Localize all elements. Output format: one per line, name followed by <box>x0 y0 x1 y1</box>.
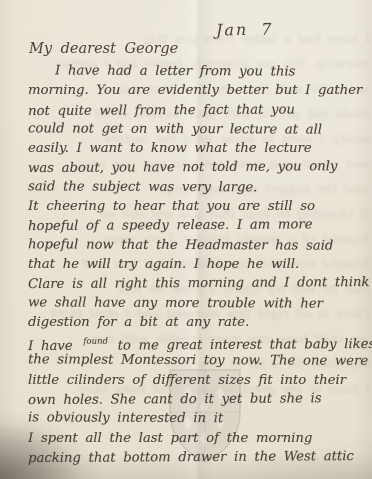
handwritten-line: I have had a letter from you this <box>28 61 364 82</box>
handwritten-line: morning. You are evidently better but I … <box>28 81 364 100</box>
handwritten-line: It cheering to hear that you are still s… <box>28 197 364 216</box>
handwritten-line: digestion for a bit at any rate. <box>28 313 364 332</box>
letter-page: I have had a letter from you thismorning… <box>0 0 372 479</box>
handwritten-line: I have found to me great interest that b… <box>28 331 364 352</box>
handwritten-line: said the subject was very large. <box>28 177 364 198</box>
handwritten-line: hopeful now that the Headmaster has said <box>28 235 364 256</box>
handwritten-line: easily. I want to know what the lecture <box>28 139 364 158</box>
inserted-word: found <box>83 337 108 347</box>
letter-date: Jan 7 <box>216 19 274 39</box>
handwritten-line: that he will try again. I hope he will. <box>28 255 364 274</box>
handwritten-line: was about, you have not told me, you onl… <box>28 157 364 178</box>
handwritten-line: the simplest Montessori toy now. The one… <box>28 351 364 372</box>
handwritten-line: hopeful of a speedy release. I am more <box>28 215 364 236</box>
handwritten-line: little cilinders of different sizes fit … <box>28 371 364 390</box>
handwritten-line: Clare is all right this morning and I do… <box>28 273 364 294</box>
bottom-edge-shadow <box>0 453 372 479</box>
letter-salutation: My dearest George <box>29 41 178 57</box>
handwritten-line: could not get on with your lecture at al… <box>28 119 364 140</box>
handwritten-line: we shall have any more trouble with her <box>28 293 364 314</box>
handwritten-line: not quite well from the fact that you <box>28 100 364 121</box>
